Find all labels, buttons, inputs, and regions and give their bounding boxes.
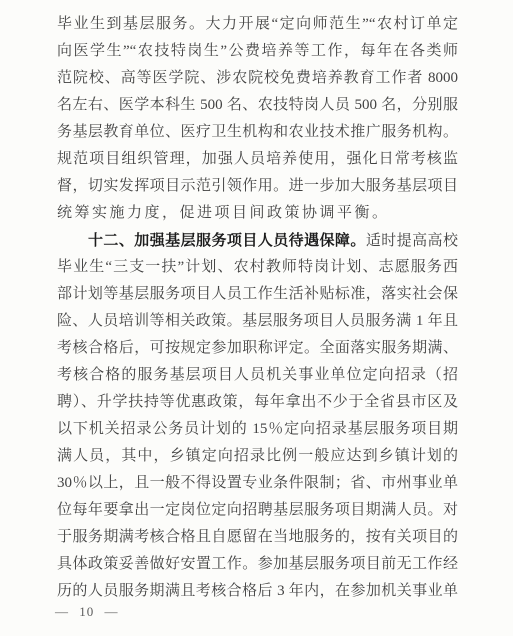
text-line-paragraph-end: 统筹实施力度，促进项目间政策协调平衡。 — [57, 200, 458, 227]
text-line: 范院校、高等医学院、涉农院校免费培养教育工作者 8000 — [57, 65, 458, 92]
text-line: 规范项目组织管理，加强人员培养使用，强化日常考核监 — [57, 146, 458, 173]
section-heading-bold: 十二、加强基层服务项目人员待遇保障。 — [88, 232, 366, 249]
text-line: 30％以上，且一般不得设置专业条件限制；省、市州事业单 — [57, 470, 458, 497]
document-page: 毕业生到基层服务。大力开展“定向师范生”“农村订单定 向医学生”“农技特岗生”公… — [0, 0, 513, 636]
text-line: 具体政策妥善做好安置工作。参加基层服务项目前无工作经 — [57, 551, 458, 578]
page-number-footer: — 10 — — [55, 602, 119, 622]
text-line: 位每年要拿出一定岗位定向招聘基层服务项目期满人员。对 — [57, 497, 458, 524]
text-line: 督，切实发挥项目示范引领作用。进一步加大服务基层项目 — [57, 173, 458, 200]
text-line: 于服务期满考核合格且自愿留在当地服务的，按有关项目的 — [57, 524, 458, 551]
text-line: 务基层教育单位、医疗卫生机构和农业技术推广服务机构。 — [57, 119, 458, 146]
document-body: 毕业生到基层服务。大力开展“定向师范生”“农村订单定 向医学生”“农技特岗生”公… — [57, 11, 458, 605]
text-line: 历的人员服务期满且考核合格后 3 年内，在参加机关事业单 — [57, 578, 458, 605]
text-line: 满人员，其中，乡镇定向招录比例一般应达到乡镇计划的 — [57, 443, 458, 470]
text-line: 考核合格的服务基层项目人员机关事业单位定向招录（招 — [57, 362, 458, 389]
section-heading-tail: 适时提高高校 — [366, 233, 458, 249]
text-line: 毕业生“三支一扶”计划、农村教师特岗计划、志愿服务西 — [57, 254, 458, 281]
text-line: 向医学生”“农技特岗生”公费培养等工作，每年在各类师 — [57, 38, 458, 65]
text-line: 聘）、升学扶持等优惠政策，每年拿出不少于全省县市区及 — [57, 389, 458, 416]
text-line: 部计划等基层服务项目人员工作生活补贴标准，落实社会保 — [57, 281, 458, 308]
text-line: 名左右、医学本科生 500 名、农技特岗人员 500 名，分别服 — [57, 92, 458, 119]
text-line: 毕业生到基层服务。大力开展“定向师范生”“农村订单定 — [57, 11, 458, 38]
text-line: 险、人员培训等相关政策。基层服务项目人员服务满 1 年且 — [57, 308, 458, 335]
text-line: 以下机关招录公务员计划的 15％定向招录基层服务项目期 — [57, 416, 458, 443]
text-line: 考核合格后，可按规定参加职称评定。全面落实服务期满、 — [57, 335, 458, 362]
section-heading-line: 十二、加强基层服务项目人员待遇保障。适时提高高校 — [57, 227, 458, 254]
